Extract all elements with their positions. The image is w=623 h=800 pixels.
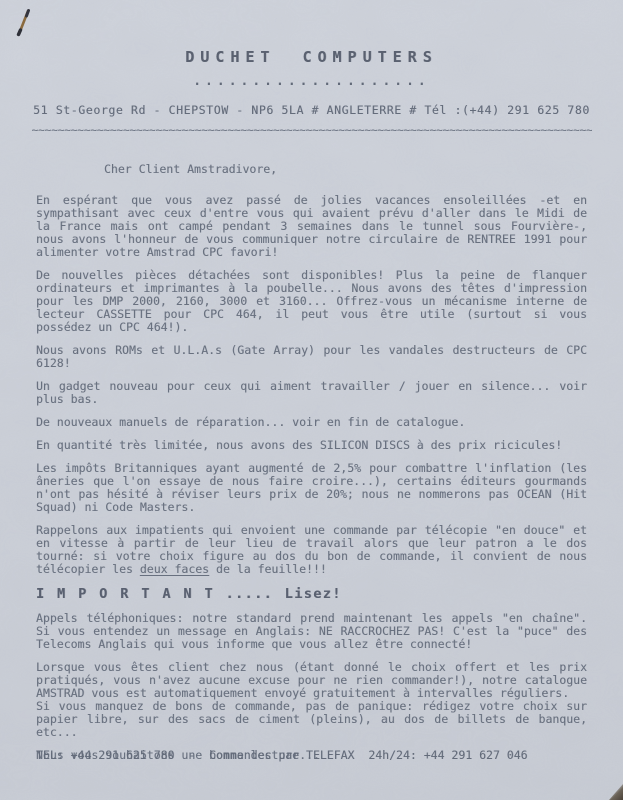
- fax-warning-underlined: deux faces: [140, 562, 209, 576]
- paragraph-catalogue: Lorsque vous êtes client chez nous (étan…: [36, 661, 587, 700]
- footer-contact-line: TEL: +44 291 625 780 - Commandes par TEL…: [36, 748, 528, 762]
- paragraph-pieces-detachees: De nouvelles pièces détachées sont dispo…: [36, 269, 587, 334]
- address-line: 51 St-George Rd - CHEPSTOW - NP6 5LA # A…: [0, 103, 623, 117]
- wavy-divider: ~~~~~~~~~~~~~~~~~~~~~~~~~~~~~~~~~~~~~~~~…: [32, 123, 592, 137]
- letter-body: Cher Client Amstradivore, En espérant qu…: [0, 163, 623, 762]
- paragraph-fax-warning: Rappelons aux impatients qui envoient un…: [36, 524, 587, 576]
- scanned-letter-page: DUCHET COMPUTERS .................... 51…: [0, 0, 623, 800]
- paragraph-manuels: De nouveaux manuels de réparation... voi…: [36, 416, 587, 429]
- paragraph-appels-telephoniques: Appels téléphoniques: notre standard pre…: [36, 612, 587, 651]
- scan-corner-shadow: [609, 784, 623, 800]
- salutation: Cher Client Amstradivore,: [36, 163, 587, 176]
- paragraph-bons-de-commande: Si vous manquez de bons de commande, pas…: [36, 700, 587, 739]
- fax-warning-text-after: de la feuille!!!: [209, 562, 327, 576]
- important-heading: I M P O R T A N T ..... Lisez!: [36, 588, 587, 601]
- paragraph-silicon-discs: En quantité très limitée, nous avons des…: [36, 439, 587, 452]
- letterhead: DUCHET COMPUTERS .................... 51…: [0, 0, 623, 137]
- paragraph-vacances: En espérant que vous avez passé de jolie…: [36, 194, 587, 259]
- paragraph-roms: Nous avons ROMs et U.L.A.s (Gate Array) …: [36, 344, 587, 370]
- page-footer: TEL: +44 291 625 780 - Commandes par TEL…: [36, 748, 528, 762]
- dots-divider: ....................: [0, 74, 623, 89]
- paragraph-impots: Les impôts Britanniques ayant augmenté d…: [36, 462, 587, 514]
- company-name: DUCHET COMPUTERS: [0, 48, 623, 66]
- paragraph-gadget: Un gadget nouveau pour ceux qui aiment t…: [36, 380, 587, 406]
